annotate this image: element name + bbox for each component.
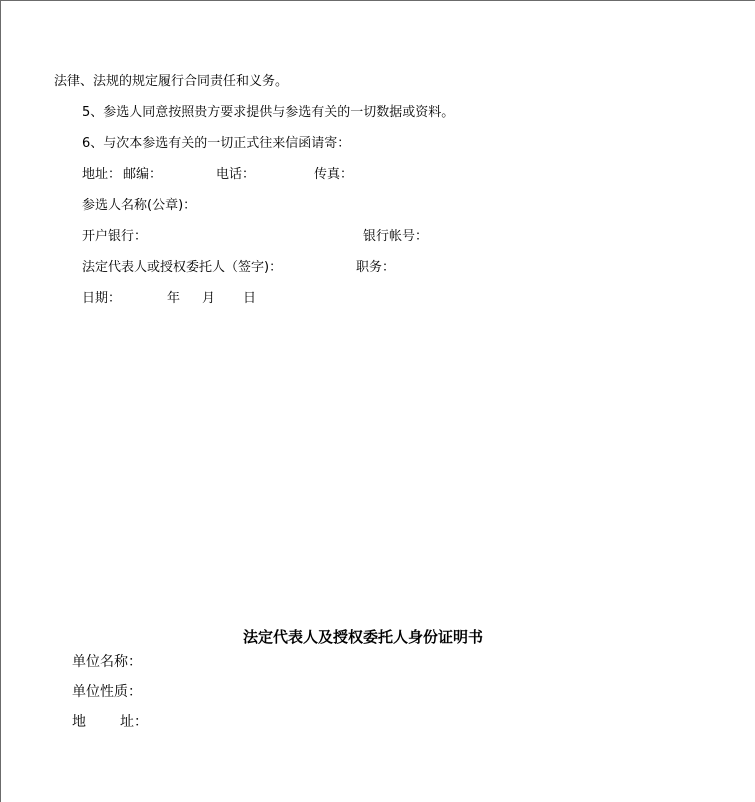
- unit-nature-label: 单位性质：: [72, 684, 142, 701]
- signature-label: 法定代表人或授权委托人（签字)：: [82, 260, 282, 276]
- bidder-name-label: 参选人名称(公章)：: [82, 198, 196, 214]
- continued-paragraph: 法律、法规的规定履行合同责任和义务。: [54, 74, 288, 90]
- day-label: 日: [243, 291, 256, 307]
- document-page: 法律、法规的规定履行合同责任和义务。 5、参选人同意按照贵方要求提供与参选有关的…: [0, 0, 755, 802]
- certificate-title: 法定代表人及授权委托人身份证明书: [243, 628, 483, 646]
- date-label: 日期：: [82, 291, 121, 307]
- position-label: 职务：: [356, 260, 395, 276]
- month-label: 月: [202, 291, 215, 307]
- phone-label: 电话：: [216, 167, 255, 183]
- postcode-label: 邮编：: [123, 167, 162, 183]
- item-5-text: 5、参选人同意按照贵方要求提供与参选有关的一切数据或资料。: [82, 105, 454, 121]
- unit-address-label-part1: 地: [72, 714, 86, 731]
- address-label: 地址：: [82, 167, 121, 183]
- unit-address-label-part2: 址：: [120, 714, 148, 731]
- bank-label: 开户银行：: [82, 229, 147, 245]
- item-6-text: 6、与次本参选有关的一切正式往来信函请寄：: [82, 136, 350, 152]
- fax-label: 传真：: [314, 167, 353, 183]
- account-label: 银行帐号：: [363, 229, 428, 245]
- year-label: 年: [167, 291, 180, 307]
- unit-name-label: 单位名称：: [72, 654, 142, 671]
